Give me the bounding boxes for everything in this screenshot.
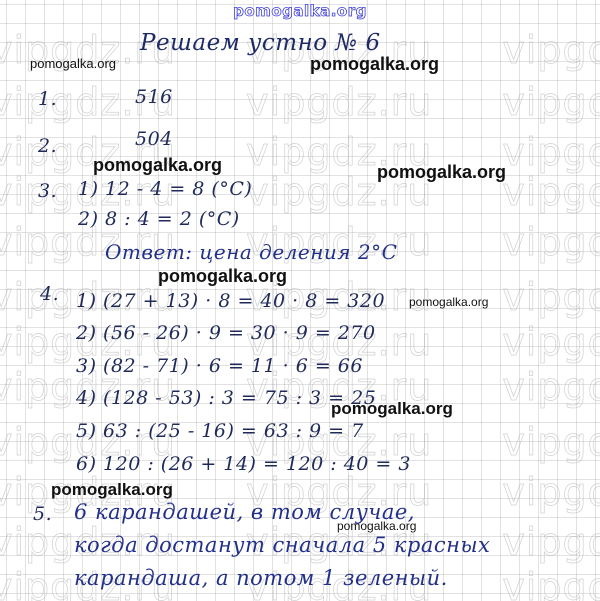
overlay-watermark: pomogalka.org: [377, 162, 506, 183]
overlay-watermark: pomogalka.org: [30, 56, 116, 71]
equation-step: 2) (56 - 26) · 9 = 30 · 9 = 270: [76, 322, 376, 344]
overlay-watermark: pomogalka.org: [93, 155, 222, 176]
overlay-watermark: pomogalka.org: [310, 54, 439, 75]
top-watermark: pomogalka.org: [0, 2, 600, 20]
overlay-watermark: pomogalka.org: [409, 295, 488, 309]
overlay-watermark: pomogalka.org: [158, 266, 287, 287]
answer-line: когда достанут сначала 5 красных: [74, 533, 490, 557]
task-answer: 516: [135, 86, 173, 108]
overlay-watermark: pomogalka.org: [51, 480, 173, 500]
notebook-page: vipgdz.ruvipgdz.ruvipgdz.ruvipgdz.ru vip…: [0, 0, 600, 601]
equation-step: 5) 63 : (25 - 16) = 63 : 9 = 7: [76, 420, 364, 442]
task-number: 4.: [40, 283, 59, 305]
background-watermark-row: vipgdz.ruvipgdz.ruvipgdz.ruvipgdz.ru: [0, 130, 600, 174]
overlay-watermark: pomogalka.org: [337, 519, 416, 533]
background-watermark-row: vipgdz.ruvipgdz.ruvipgdz.ruvipgdz.ru: [0, 80, 600, 124]
equation-step: 3) (82 - 71) · 6 = 11 · 6 = 66: [76, 355, 363, 377]
task-number: 2.: [38, 135, 57, 157]
task-answer: 504: [135, 128, 173, 150]
task-number: 1.: [38, 88, 57, 110]
overlay-watermark: pomogalka.org: [331, 399, 453, 419]
answer-line: карандаша, а потом 1 зеленый.: [74, 566, 448, 590]
equation-step: 1) 12 - 4 = 8 (°С): [78, 178, 252, 200]
task-number: 3.: [38, 180, 57, 202]
equation-step: 6) 120 : (26 + 14) = 120 : 40 = 3: [76, 453, 411, 475]
equation-step: 1) (27 + 13) · 8 = 40 · 8 = 320: [76, 290, 385, 312]
task-number: 5.: [33, 503, 52, 525]
equation-step: 2) 8 : 4 = 2 (°С): [78, 208, 240, 230]
page-title: Решаем устно № 6: [140, 30, 381, 56]
task-answer-text: Ответ: цена деления 2°С: [105, 240, 397, 264]
